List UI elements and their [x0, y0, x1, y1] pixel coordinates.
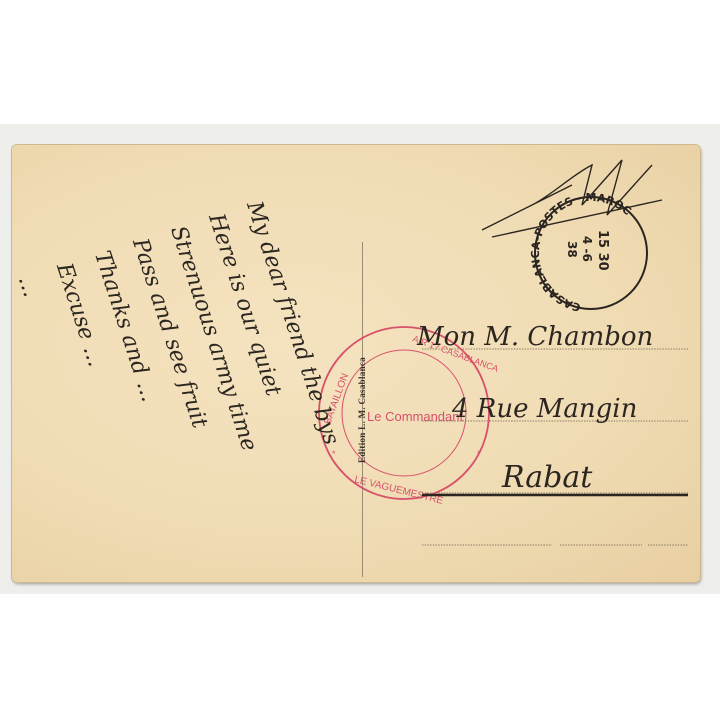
svg-text:Rabat: Rabat [501, 460, 593, 495]
svg-text:4 Rue Mangin: 4 Rue Mangin [451, 394, 637, 424]
postmark: 15 30 4 -6 38 CASABLANCA-POSTES · MAROC [482, 160, 662, 314]
address-handwriting: Mon M. Chambon 4 Rue Mangin Rabat [416, 322, 688, 495]
svg-text:Mon M. Chambon: Mon M. Chambon [416, 322, 653, 352]
svg-text:4 -6: 4 -6 [580, 236, 594, 262]
svg-text:Le Commandant: Le Commandant [367, 409, 463, 424]
postcard: Le Commandant * * LE VAGUEMESTRE BATAILL… [12, 145, 700, 582]
postcard-artwork: Le Commandant * * LE VAGUEMESTRE BATAILL… [12, 145, 700, 582]
address-lines [422, 349, 688, 545]
message-handwriting: My dear friend the bys Here is our quiet… [12, 197, 344, 534]
svg-text:*: * [477, 449, 481, 459]
svg-text:...: ... [13, 272, 43, 300]
svg-text:15 30: 15 30 [595, 230, 610, 271]
svg-text:*: * [332, 449, 336, 459]
publisher-imprint: Edition L. M. Casablanca [357, 357, 367, 463]
svg-text:38: 38 [565, 241, 579, 258]
